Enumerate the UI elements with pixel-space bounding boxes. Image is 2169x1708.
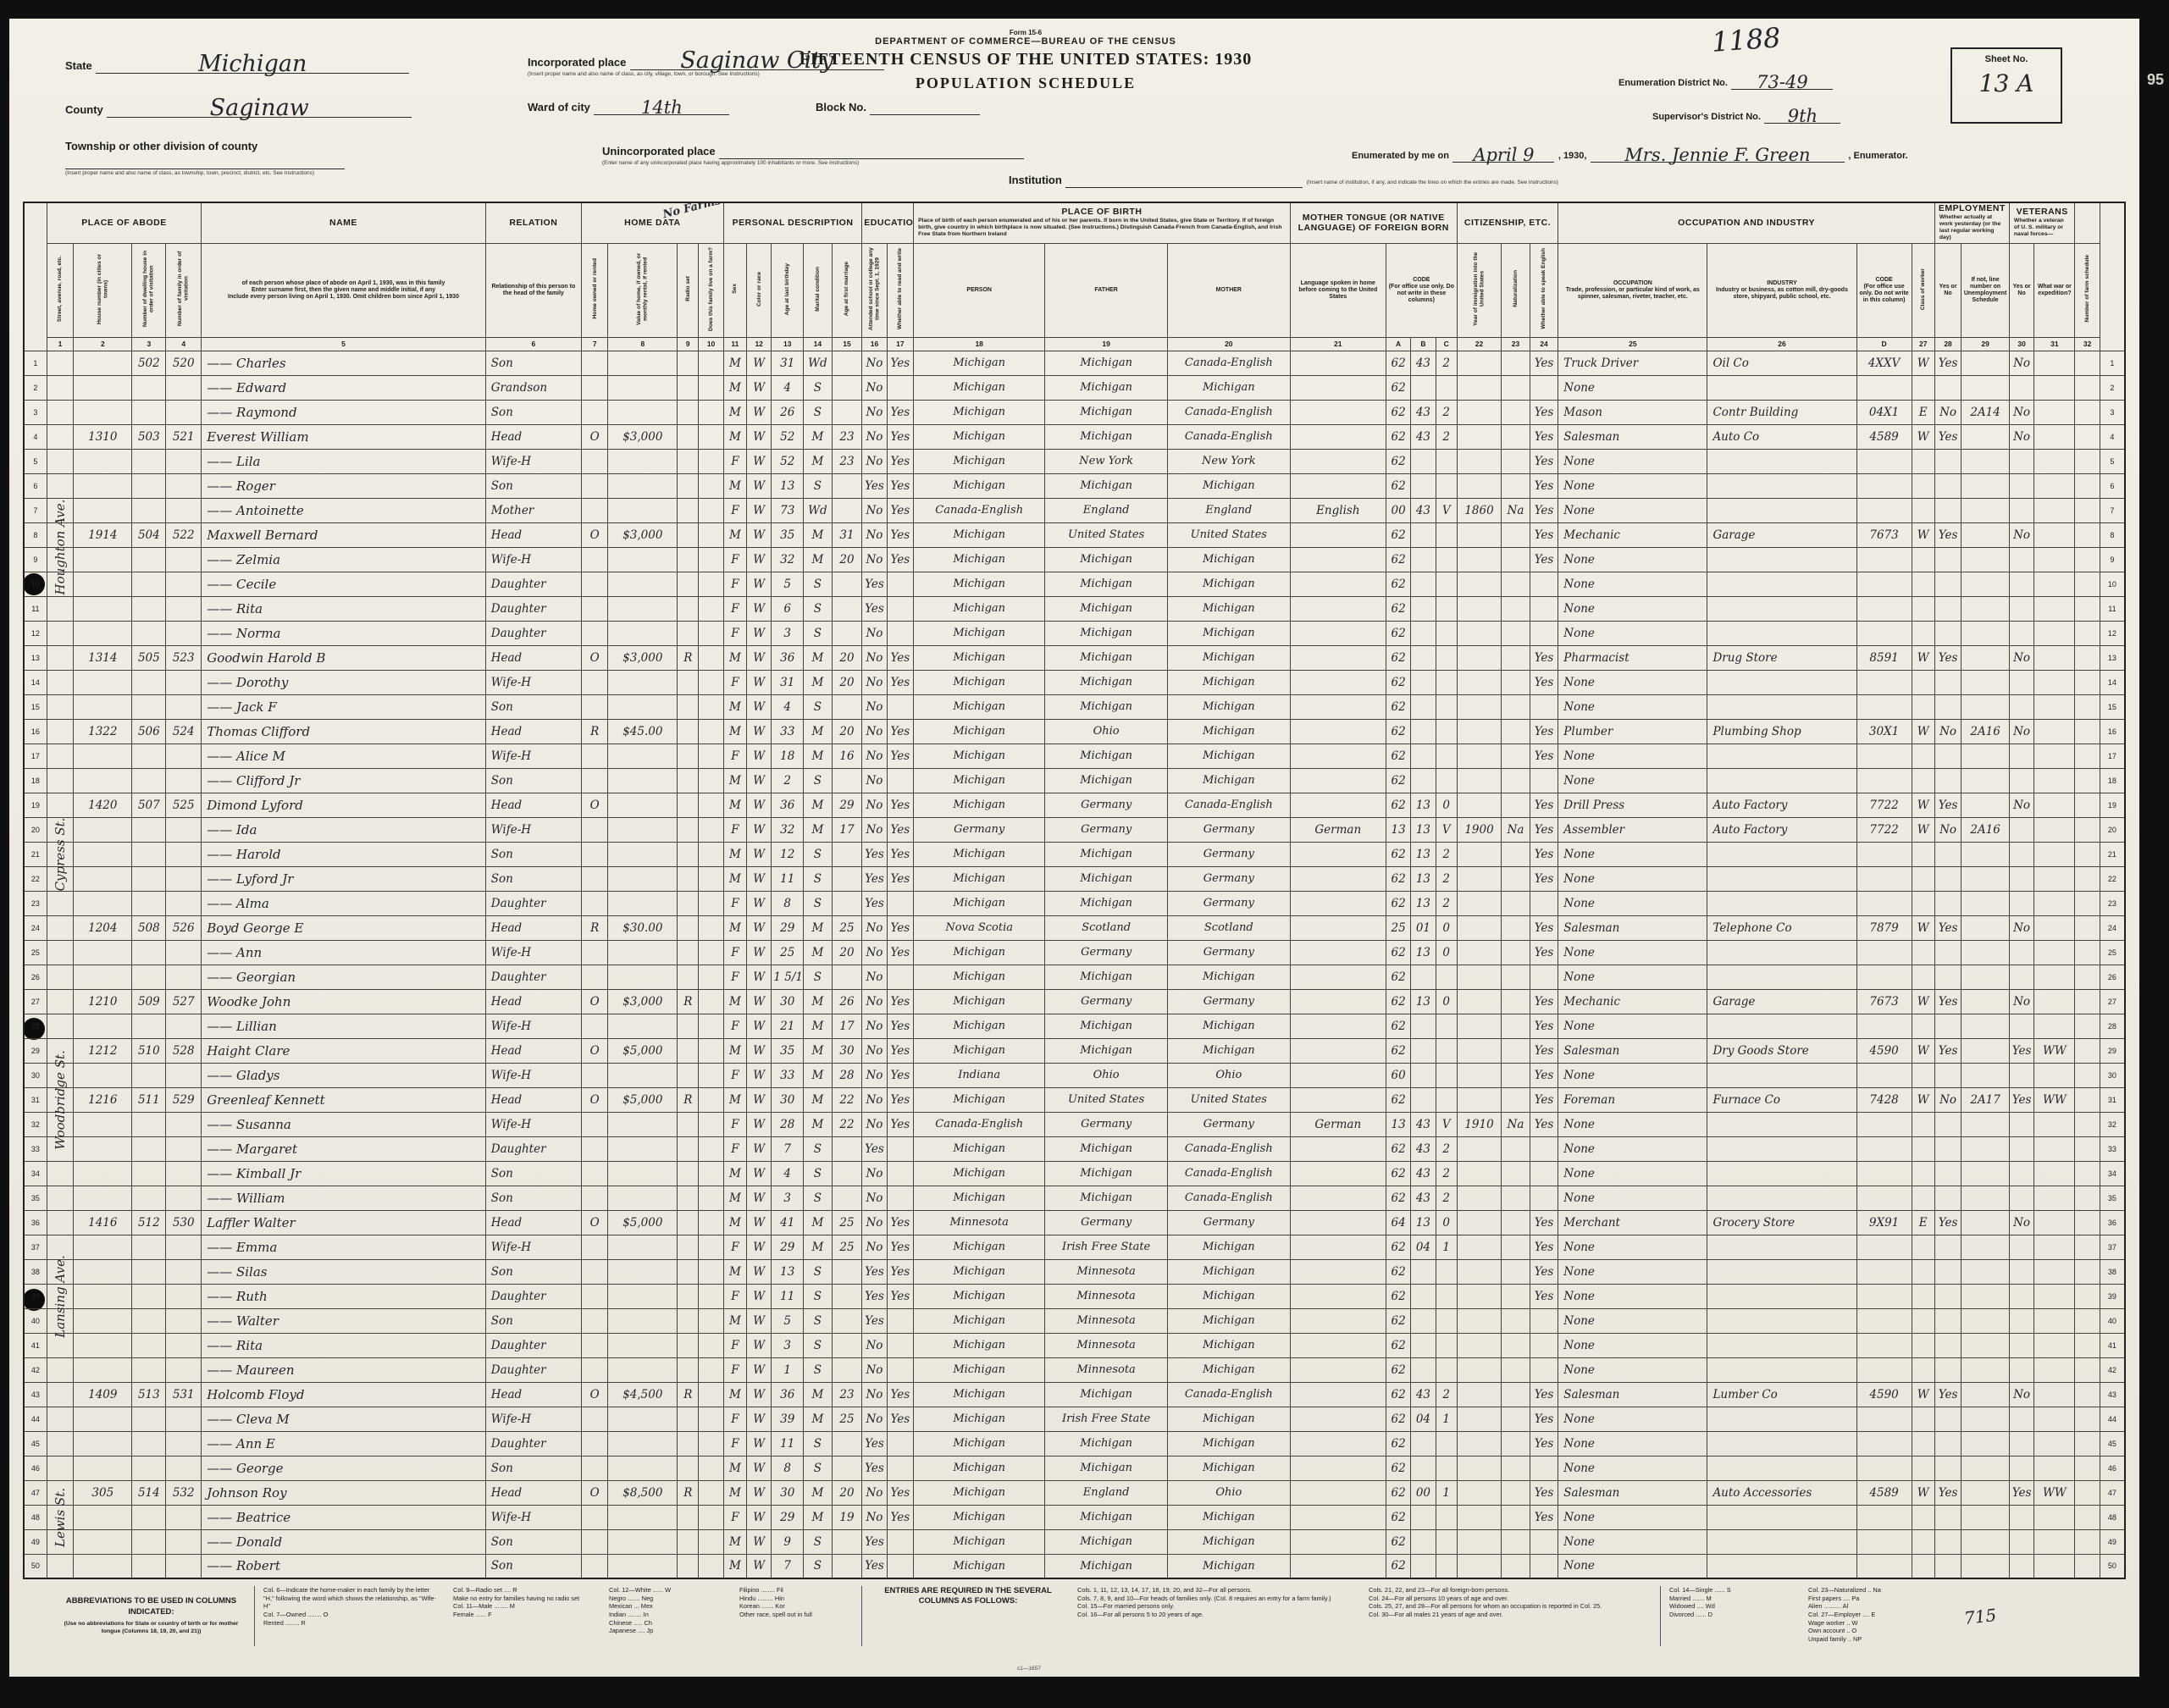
cell-own	[581, 743, 607, 768]
census-row: 44—— Cleva MWife-HFW39M25NoYesMichiganIr…	[24, 1407, 2125, 1431]
census-table: PLACE OF ABODENAMERELATIONHOME DATANo Fa…	[23, 202, 2126, 1579]
cell-occ: Salesman	[1558, 424, 1707, 449]
cell-ind	[1707, 1308, 1856, 1333]
cell-dw	[132, 1284, 166, 1308]
cell-race: W	[747, 645, 772, 670]
cell-sch: Yes	[862, 1431, 887, 1456]
cell-pb: Michigan	[914, 424, 1045, 449]
cell-dw	[132, 1529, 166, 1554]
cell-agm: 23	[832, 449, 862, 473]
cell-race: W	[747, 694, 772, 719]
cell-nat	[1502, 965, 1530, 989]
cell-cA: 62	[1386, 694, 1410, 719]
cell-mar: S	[804, 400, 833, 424]
cell-ind: Contr Building	[1707, 400, 1856, 424]
cell-un	[1962, 891, 2010, 915]
cell-cD	[1856, 1505, 1912, 1529]
cell-mar: M	[804, 424, 833, 449]
cell-dw	[132, 1161, 166, 1186]
cell-rel: Head	[485, 645, 581, 670]
cell-cB: 13	[1411, 1210, 1436, 1235]
cell-name: —— Roger	[202, 473, 486, 498]
cell-age: 5	[772, 572, 804, 596]
cell-vet	[2009, 1235, 2033, 1259]
cell-lang	[1290, 351, 1386, 375]
cell-cB	[1411, 572, 1436, 596]
cell-nat	[1502, 891, 1530, 915]
row-number-left: 40	[24, 1308, 47, 1333]
colnum-yim: 22	[1457, 337, 1501, 351]
cell-un	[1962, 965, 2010, 989]
cell-nat	[1502, 1087, 1530, 1112]
cell-fam	[166, 375, 202, 400]
cell-nat	[1502, 989, 1530, 1014]
cell-rw: Yes	[887, 645, 913, 670]
census-row: 131314505523Goodwin Harold BHeadO$3,000R…	[24, 645, 2125, 670]
row-number-left: 3	[24, 400, 47, 424]
cell-age: 7	[772, 1136, 804, 1161]
cell-val: $5,000	[608, 1210, 678, 1235]
cell-fs	[2075, 940, 2100, 965]
cell-cB	[1411, 1505, 1436, 1529]
cell-cls: W	[1912, 424, 1934, 449]
row-number-right: 18	[2100, 768, 2125, 793]
cell-fs	[2075, 1431, 2100, 1456]
cell-mar: S	[804, 596, 833, 621]
cell-cls	[1912, 1136, 1934, 1161]
colgroup-occupation-and-industry: OCCUPATION AND INDUSTRY	[1558, 202, 1935, 243]
row-number-right: 2	[2100, 375, 2125, 400]
cell-name: —— Edward	[202, 375, 486, 400]
cell-wk	[1934, 572, 1961, 596]
cell-dw	[132, 817, 166, 842]
cell-farm	[699, 375, 723, 400]
cell-street	[47, 351, 73, 375]
cell-age: 31	[772, 670, 804, 694]
census-row: 291212510528Haight ClareHeadO$5,000MW35M…	[24, 1038, 2125, 1063]
cell-ind	[1707, 1186, 1856, 1210]
cell-cls: E	[1912, 400, 1934, 424]
cell-vet	[2009, 449, 2033, 473]
cell-fam	[166, 1284, 202, 1308]
cell-occ: Merchant	[1558, 1210, 1707, 1235]
cell-cC: 1	[1436, 1407, 1457, 1431]
cell-lang	[1290, 572, 1386, 596]
cell-pb: Michigan	[914, 1186, 1045, 1210]
cell-vet	[2009, 547, 2033, 572]
cell-rel: Daughter	[485, 1284, 581, 1308]
cell-wk	[1934, 891, 1961, 915]
colhead-val: Value of home, if owned, or monthly rent…	[608, 243, 678, 337]
cell-cD	[1856, 670, 1912, 694]
cell-fam	[166, 1136, 202, 1161]
cell-vet: No	[2009, 719, 2033, 743]
cell-dw	[132, 400, 166, 424]
cell-war	[2034, 1357, 2075, 1382]
cell-pf: England	[1045, 498, 1168, 522]
cell-name: —— Harold	[202, 842, 486, 866]
cell-val	[608, 891, 678, 915]
cell-fam	[166, 1456, 202, 1480]
census-row: 48—— BeatriceWife-HFW29M19NoYesMichiganM…	[24, 1505, 2125, 1529]
cell-wk	[1934, 498, 1961, 522]
cell-lang	[1290, 1357, 1386, 1382]
cell-cA: 62	[1386, 1014, 1410, 1038]
cell-mar: M	[804, 1087, 833, 1112]
cell-cC	[1436, 1259, 1457, 1284]
cell-mar: S	[804, 866, 833, 891]
cell-wk	[1934, 547, 1961, 572]
cell-eng	[1530, 694, 1558, 719]
cell-cC	[1436, 1014, 1457, 1038]
cell-farm	[699, 400, 723, 424]
cell-war	[2034, 719, 2075, 743]
row-number-left: 20	[24, 817, 47, 842]
cell-fam	[166, 1431, 202, 1456]
cell-un	[1962, 1456, 2010, 1480]
cell-val	[608, 866, 678, 891]
row-number-left: 30	[24, 1063, 47, 1087]
cell-cD: 7428	[1856, 1087, 1912, 1112]
cell-age: 29	[772, 1505, 804, 1529]
cell-farm	[699, 645, 723, 670]
cell-name: —— Ida	[202, 817, 486, 842]
cell-yim	[1457, 400, 1501, 424]
cell-rw	[887, 1529, 913, 1554]
cell-un	[1962, 915, 2010, 940]
cell-ind	[1707, 1136, 1856, 1161]
cell-dw: 502	[132, 351, 166, 375]
cell-own: O	[581, 1480, 607, 1505]
row-number-left: 13	[24, 645, 47, 670]
cell-name: —— Susanna	[202, 1112, 486, 1136]
cell-wk	[1934, 375, 1961, 400]
cell-yim	[1457, 1529, 1501, 1554]
cell-fs	[2075, 351, 2100, 375]
cell-race: W	[747, 1014, 772, 1038]
row-number-left: 32	[24, 1112, 47, 1136]
row-number-right: 49	[2100, 1529, 2125, 1554]
cell-dw	[132, 1112, 166, 1136]
cell-ind	[1707, 1431, 1856, 1456]
colnum-own: 7	[581, 337, 607, 351]
cell-fam	[166, 670, 202, 694]
cell-radio	[678, 1284, 699, 1308]
cell-rel: Head	[485, 1480, 581, 1505]
cell-name: —— Raymond	[202, 400, 486, 424]
enumerator-name: Mrs. Jennie F. Green	[1591, 148, 1845, 163]
cell-pb: Michigan	[914, 670, 1045, 694]
cell-sch: No	[862, 694, 887, 719]
cell-fam: 531	[166, 1382, 202, 1407]
row-number-left: 44	[24, 1407, 47, 1431]
cell-val	[608, 400, 678, 424]
colgroup-relation: RELATION	[485, 202, 581, 243]
cell-wk	[1934, 1284, 1961, 1308]
cell-val	[608, 1407, 678, 1431]
cell-cA: 62	[1386, 891, 1410, 915]
cell-age: 36	[772, 793, 804, 817]
cell-nat	[1502, 1456, 1530, 1480]
cell-age: 4	[772, 1161, 804, 1186]
cell-cD	[1856, 768, 1912, 793]
cell-street	[47, 473, 73, 498]
cell-cls	[1912, 1259, 1934, 1284]
cell-wk	[1934, 449, 1961, 473]
colnum-name: 5	[202, 337, 486, 351]
cell-eng: Yes	[1530, 645, 1558, 670]
cell-race: W	[747, 424, 772, 449]
colnum-radio: 9	[678, 337, 699, 351]
cell-cC: V	[1436, 1112, 1457, 1136]
cell-mar: Wd	[804, 498, 833, 522]
cell-val	[608, 940, 678, 965]
cell-mar: S	[804, 1529, 833, 1554]
colhead-fs: Number of farm schedule	[2075, 243, 2100, 337]
cell-rw: Yes	[887, 915, 913, 940]
cell-own	[581, 400, 607, 424]
cell-race: W	[747, 719, 772, 743]
cell-val	[608, 449, 678, 473]
row-number-right: 12	[2100, 621, 2125, 645]
cell-radio	[678, 965, 699, 989]
cell-farm	[699, 989, 723, 1014]
cell-fs	[2075, 1407, 2100, 1431]
cell-dw: 508	[132, 915, 166, 940]
cell-rel: Wife-H	[485, 670, 581, 694]
cell-race: W	[747, 1186, 772, 1210]
cell-fs	[2075, 1456, 2100, 1480]
cell-race: W	[747, 547, 772, 572]
cell-dw	[132, 449, 166, 473]
cell-sex: F	[723, 1357, 746, 1382]
cell-val: $3,000	[608, 989, 678, 1014]
cell-cD: 7879	[1856, 915, 1912, 940]
cell-race: W	[747, 842, 772, 866]
cell-sch: No	[862, 1333, 887, 1357]
cell-lang	[1290, 424, 1386, 449]
cell-cls	[1912, 940, 1934, 965]
cell-nat	[1502, 1505, 1530, 1529]
census-title: FIFTEENTH CENSUS OF THE UNITED STATES: 1…	[755, 50, 1297, 69]
cell-eng: Yes	[1530, 1038, 1558, 1063]
cell-val	[608, 1014, 678, 1038]
cell-pm: Germany	[1167, 891, 1290, 915]
cell-agm: 20	[832, 547, 862, 572]
cell-cls	[1912, 670, 1934, 694]
cell-fam	[166, 965, 202, 989]
cell-sch: No	[862, 400, 887, 424]
cell-ind	[1707, 743, 1856, 768]
cell-fam	[166, 1554, 202, 1578]
cell-occ: Assembler	[1558, 817, 1707, 842]
cell-cD: 4589	[1856, 1480, 1912, 1505]
cell-cls	[1912, 1456, 1934, 1480]
cell-own	[581, 1235, 607, 1259]
cell-pb: Minnesota	[914, 1210, 1045, 1235]
row-number-left: 25	[24, 940, 47, 965]
cell-mar: S	[804, 1308, 833, 1333]
cell-ind: Dry Goods Store	[1707, 1038, 1856, 1063]
cell-pf: Michigan	[1045, 621, 1168, 645]
cell-yim	[1457, 1407, 1501, 1431]
cell-hn	[74, 891, 132, 915]
colhead-vet: Yes or No	[2009, 243, 2033, 337]
cell-street	[47, 1014, 73, 1038]
cell-war	[2034, 1063, 2075, 1087]
cell-war	[2034, 1161, 2075, 1186]
cell-ind	[1707, 1112, 1856, 1136]
enumerator-label: , Enumerator.	[1848, 151, 1907, 161]
cell-val	[608, 1259, 678, 1284]
cell-race: W	[747, 1087, 772, 1112]
cell-sex: F	[723, 1235, 746, 1259]
cell-name: —— Lila	[202, 449, 486, 473]
cell-agm	[832, 1259, 862, 1284]
cell-farm	[699, 473, 723, 498]
cell-name: —— Ann	[202, 940, 486, 965]
cell-pb: Michigan	[914, 842, 1045, 866]
cell-street	[47, 1210, 73, 1235]
colnum-sch: 16	[862, 337, 887, 351]
colhead-sex: Sex	[723, 243, 746, 337]
cell-own	[581, 1186, 607, 1210]
row-number-left: 24	[24, 915, 47, 940]
cell-ind: Plumbing Shop	[1707, 719, 1856, 743]
cell-sch: No	[862, 915, 887, 940]
cell-cA: 62	[1386, 842, 1410, 866]
cell-vet	[2009, 1112, 2033, 1136]
cell-own	[581, 768, 607, 793]
cell-cD	[1856, 842, 1912, 866]
row-number-left: 4	[24, 424, 47, 449]
cell-ind	[1707, 1529, 1856, 1554]
cell-rw: Yes	[887, 547, 913, 572]
cell-eng: Yes	[1530, 1382, 1558, 1407]
cell-val	[608, 596, 678, 621]
cell-cls	[1912, 1407, 1934, 1431]
cell-rw: Yes	[887, 940, 913, 965]
cell-fs	[2075, 424, 2100, 449]
cell-eng: Yes	[1530, 547, 1558, 572]
cell-age: 5	[772, 1308, 804, 1333]
colhead-farm: Does this family live on a farm?	[699, 243, 723, 337]
cell-pf: New York	[1045, 449, 1168, 473]
cell-sch: No	[862, 1407, 887, 1431]
cell-eng	[1530, 1161, 1558, 1186]
cell-rw: Yes	[887, 498, 913, 522]
cell-hn	[74, 621, 132, 645]
cell-cB	[1411, 473, 1436, 498]
cell-eng: Yes	[1530, 522, 1558, 547]
cell-pf: Michigan	[1045, 1161, 1168, 1186]
cell-lang	[1290, 375, 1386, 400]
cell-hn: 1212	[74, 1038, 132, 1063]
cell-yim	[1457, 351, 1501, 375]
cell-rw	[887, 1161, 913, 1186]
cell-street	[47, 449, 73, 473]
cell-cA: 62	[1386, 940, 1410, 965]
cell-name: —— Maureen	[202, 1357, 486, 1382]
cell-vet	[2009, 1186, 2033, 1210]
cell-cB: 00	[1411, 1480, 1436, 1505]
cell-mar: S	[804, 1456, 833, 1480]
cell-own	[581, 351, 607, 375]
cell-cls	[1912, 547, 1934, 572]
census-row: 33—— MargaretDaughterFW7SYesMichiganMich…	[24, 1136, 2125, 1161]
cell-occ: None	[1558, 1431, 1707, 1456]
cell-wk	[1934, 842, 1961, 866]
cell-yim	[1457, 1505, 1501, 1529]
cell-dw	[132, 1431, 166, 1456]
cell-cls	[1912, 1014, 1934, 1038]
cell-farm	[699, 891, 723, 915]
colhead-rw: Whether able to read and write	[887, 243, 913, 337]
cell-farm	[699, 498, 723, 522]
cell-mar: M	[804, 817, 833, 842]
cell-own	[581, 473, 607, 498]
cell-rw	[887, 375, 913, 400]
cell-eng	[1530, 1308, 1558, 1333]
cell-radio	[678, 424, 699, 449]
cell-vet	[2009, 1431, 2033, 1456]
cell-radio	[678, 596, 699, 621]
unincorporated-value	[719, 158, 1024, 159]
cell-sch: No	[862, 940, 887, 965]
cell-cA: 62	[1386, 1259, 1410, 1284]
cell-rw	[887, 891, 913, 915]
cell-cA: 62	[1386, 965, 1410, 989]
colhead-rel: Relationship of this person to the head …	[485, 243, 581, 337]
colgroup-blank	[2075, 202, 2100, 243]
cell-cA: 62	[1386, 768, 1410, 793]
census-row: 17—— Alice MWife-HFW18M16NoYesMichiganMi…	[24, 743, 2125, 768]
census-row: 41—— RitaDaughterFW3SNoMichiganMinnesota…	[24, 1333, 2125, 1357]
cell-ind	[1707, 498, 1856, 522]
cell-un	[1962, 768, 2010, 793]
cell-wk: Yes	[1934, 989, 1961, 1014]
cell-cC: 0	[1436, 1210, 1457, 1235]
cell-cls: W	[1912, 645, 1934, 670]
cell-val	[608, 621, 678, 645]
cell-mar: M	[804, 793, 833, 817]
cell-agm	[832, 1186, 862, 1210]
cell-eng: Yes	[1530, 1087, 1558, 1112]
cell-cA: 60	[1386, 1063, 1410, 1087]
cell-name: —— Clifford Jr	[202, 768, 486, 793]
cell-eng: Yes	[1530, 400, 1558, 424]
cell-war	[2034, 1407, 2075, 1431]
cell-own: O	[581, 1382, 607, 1407]
cell-radio	[678, 572, 699, 596]
cell-age: 11	[772, 1284, 804, 1308]
cell-sch: No	[862, 1014, 887, 1038]
cell-name: —— Zelmia	[202, 547, 486, 572]
colgroup-name: NAME	[202, 202, 486, 243]
cell-cB	[1411, 1014, 1436, 1038]
cell-agm: 22	[832, 1087, 862, 1112]
cell-hn	[74, 1014, 132, 1038]
cell-cls	[1912, 1186, 1934, 1210]
cell-mar: S	[804, 1431, 833, 1456]
cell-yim	[1457, 547, 1501, 572]
cell-fam	[166, 940, 202, 965]
cell-occ: None	[1558, 743, 1707, 768]
census-row: 431409513531Holcomb FloydHeadO$4,500RMW3…	[24, 1382, 2125, 1407]
cell-race: W	[747, 743, 772, 768]
cell-rw: Yes	[887, 1014, 913, 1038]
cell-pm: United States	[1167, 1087, 1290, 1112]
